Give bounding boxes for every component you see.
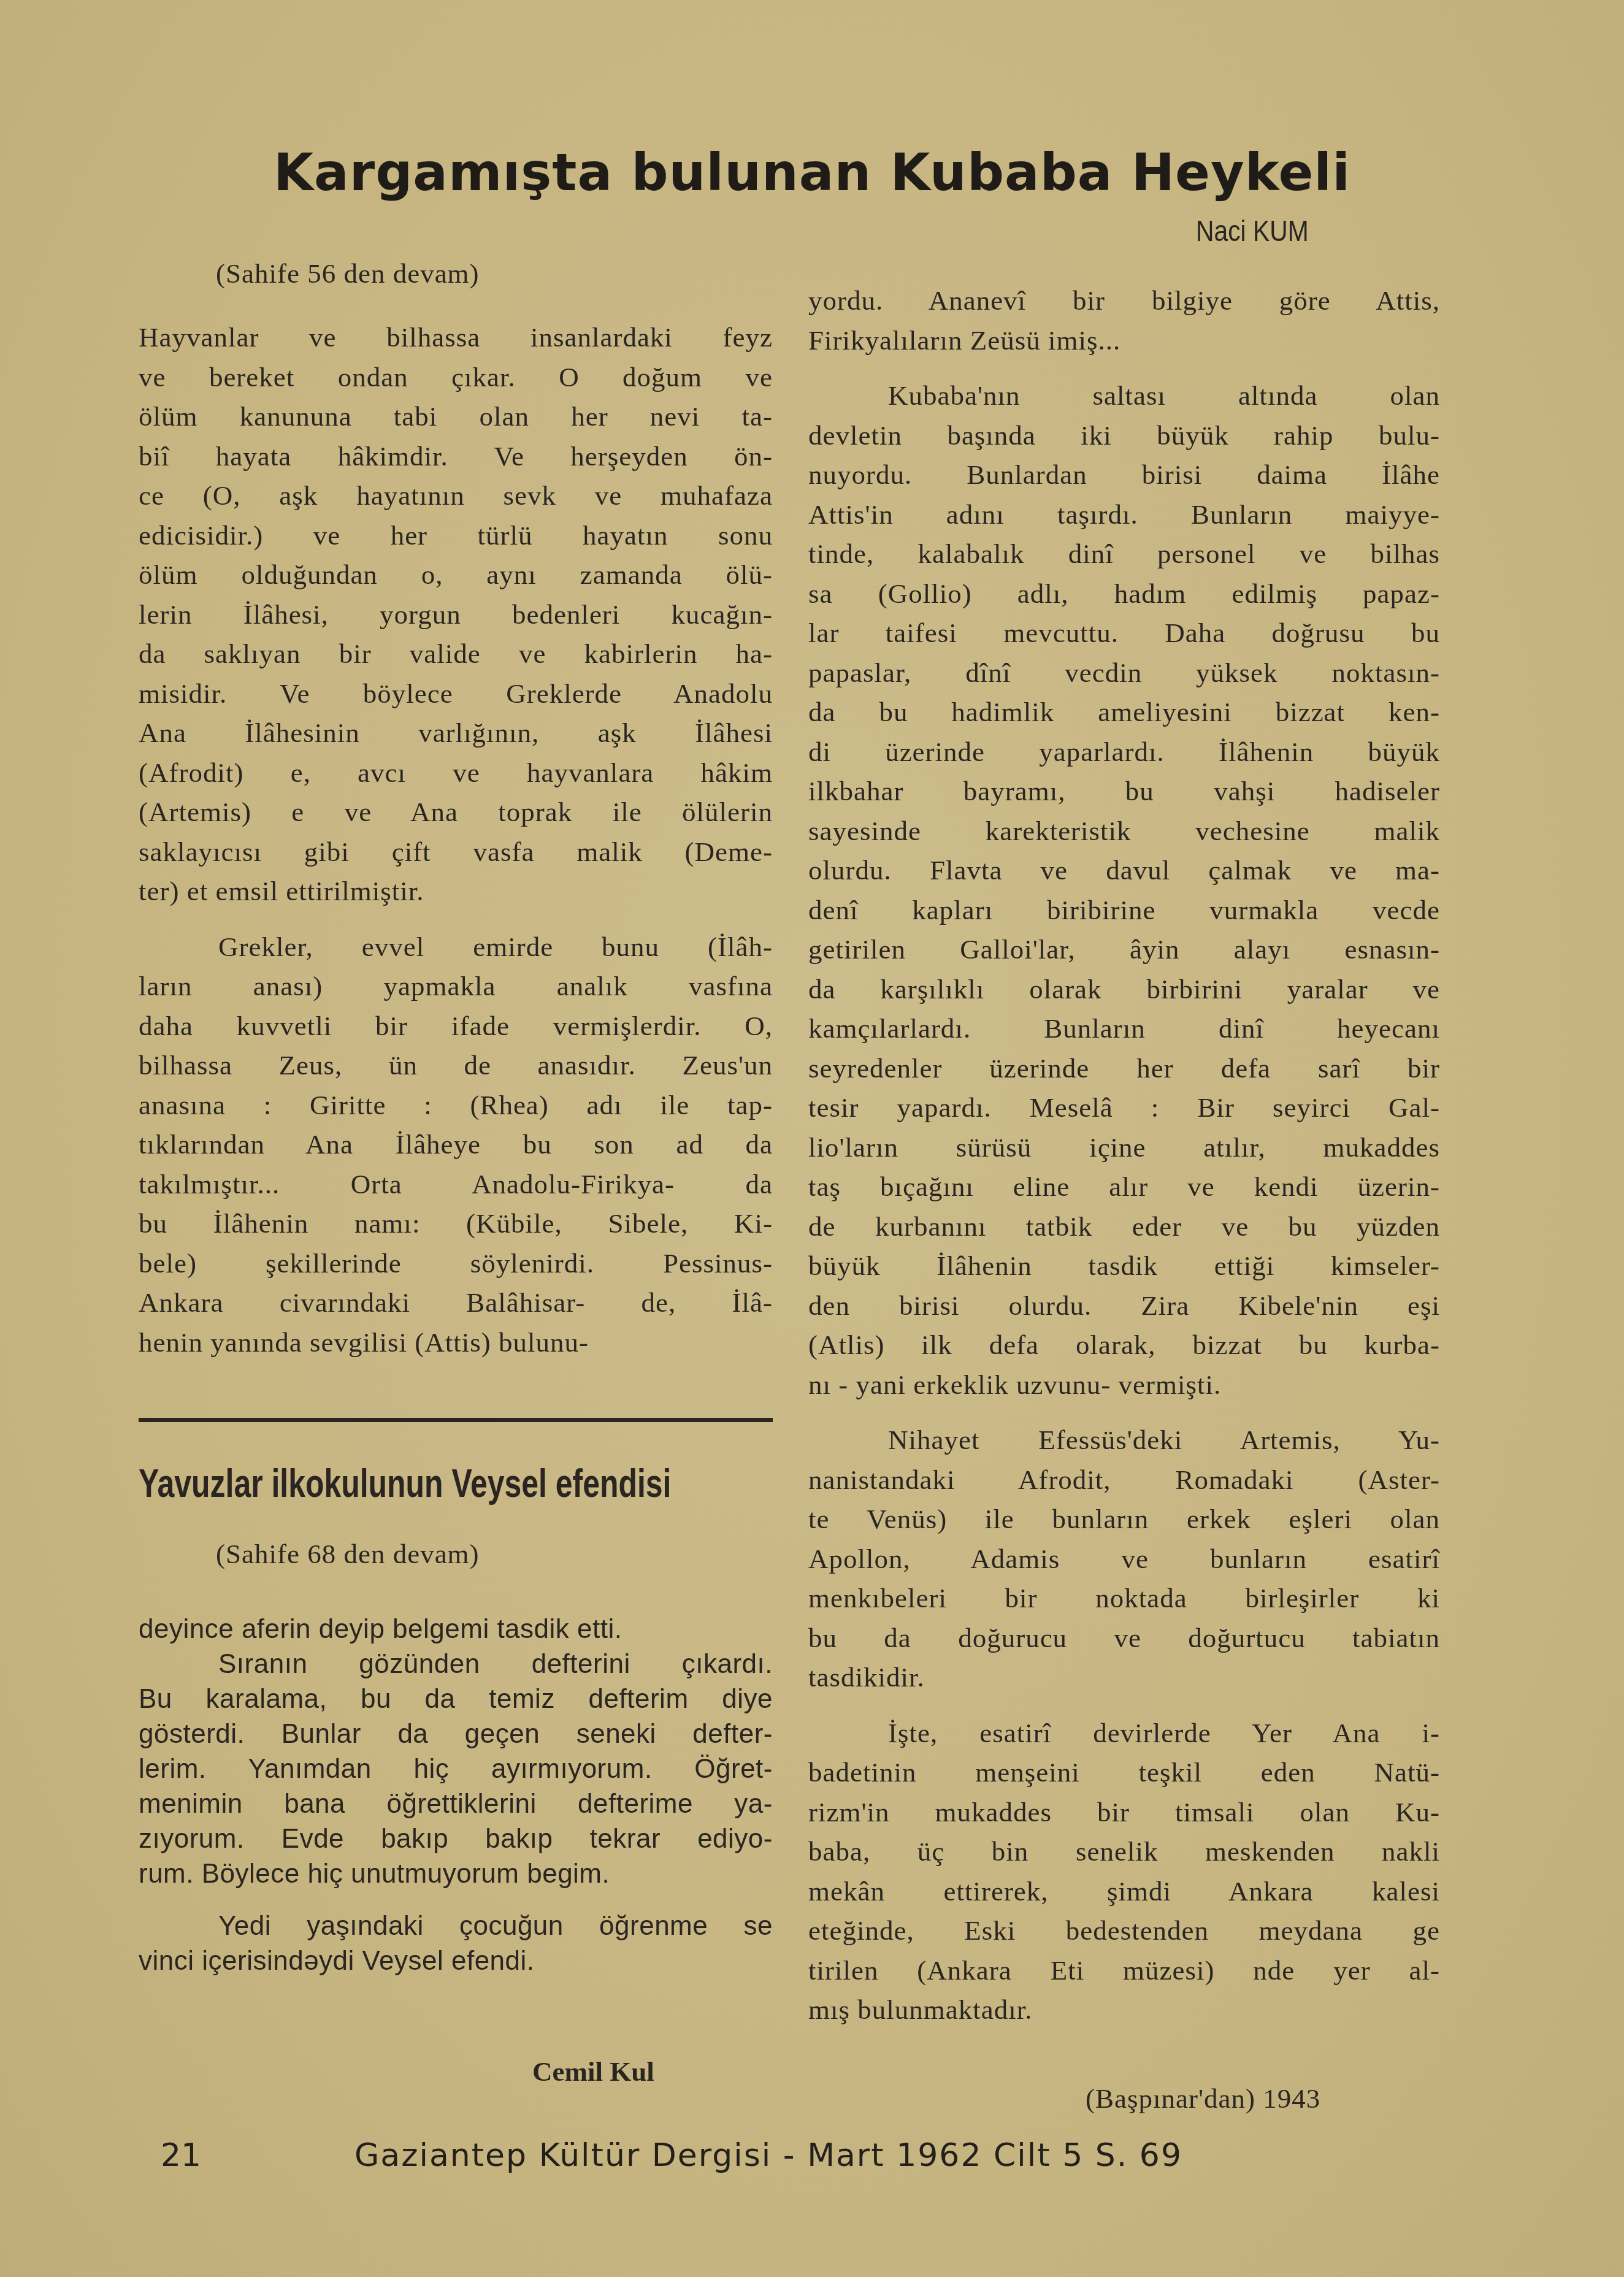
- text-line: da saklıyan bir valide ve kabirlerin ha-: [139, 634, 773, 674]
- paragraph: deyince aferin deyip belgemi tasdik etti…: [139, 1612, 773, 1647]
- text-line: tasdikidir.: [808, 1658, 1440, 1697]
- text-line: te Venüs) ile bunların erkek eşleri olan: [808, 1499, 1440, 1539]
- text-line: lerin İlâhesi, yorgun bedenleri kucağın-: [139, 595, 773, 635]
- paragraph: Yedi yaşındaki çocuğun öğrenme sevinci i…: [139, 1908, 773, 1978]
- text-line: da karşılıklı olarak birbirini yaralar v…: [808, 970, 1440, 1009]
- text-line: misidir. Ve böylece Greklerde Anadolu: [139, 674, 773, 714]
- text-line: Hayvanlar ve bilhassa insanlardaki feyz: [139, 318, 773, 358]
- text-line: devletin başında iki büyük rahip bulu-: [808, 416, 1440, 456]
- article-title-2: Yavuzlar ilkokulunun Veysel efendisi: [139, 1461, 634, 1506]
- continuation-note-2: (Sahife 68 den devam): [216, 1538, 480, 1570]
- text-line: henin yanında sevgilisi (Attis) bulunu-: [139, 1323, 773, 1363]
- text-line: tirilen (Ankara Eti müzesi) nde yer al-: [808, 1951, 1440, 1991]
- text-line: Ana İlâhesinin varlığının, aşk İlâhesi: [139, 713, 773, 753]
- text-line: nuyordu. Bunlardan birisi daima İlâhe: [808, 455, 1440, 495]
- text-line: getirilen Galloi'lar, âyin alayı esnasın…: [808, 930, 1440, 970]
- text-line: biî hayata hâkimdir. Ve herşeyden ön-: [139, 437, 773, 476]
- section-divider: [139, 1418, 773, 1422]
- text-line: saklayıcısı gibi çift vasfa malik (Deme-: [139, 832, 773, 872]
- text-line: bilhassa Zeus, ün de anasıdır. Zeus'un: [139, 1046, 773, 1085]
- article-title: Kargamışta bulunan Kubaba Heykeli: [0, 142, 1624, 202]
- text-line: lerim. Yanımdan hiç ayırmıyorum. Öğret-: [139, 1751, 773, 1786]
- text-line: deyince aferin deyip belgemi tasdik etti…: [139, 1612, 773, 1647]
- text-line: (Afrodit) e, avcı ve hayvanlara hâkim: [139, 753, 773, 793]
- text-line: ve bereket ondan çıkar. O doğum ve: [139, 358, 773, 397]
- magazine-info: Gaziantep Kültür Dergisi - Mart 1962 Cil…: [354, 2137, 1182, 2174]
- text-line: rum. Böylece hiç unutmuyorum begim.: [139, 1856, 773, 1891]
- text-line: gösterdi. Bunlar da geçen seneki defter-: [139, 1716, 773, 1751]
- text-line: Attis'in adını taşırdı. Bunların maiyye-: [808, 495, 1440, 535]
- text-line: Kubaba'nın saltası altında olan: [808, 376, 1440, 416]
- text-line: kamçılarlardı. Bunların dinî heyecanı: [808, 1009, 1440, 1049]
- paragraph: Grekler, evvel emirde bunu (İlâh-ların a…: [139, 927, 773, 1363]
- text-line: bu da doğurucu ve doğurtucu tabiatın: [808, 1618, 1440, 1658]
- text-line: seyredenler üzerinde her defa sarî bir: [808, 1049, 1440, 1089]
- text-line: Apollon, Adamis ve bunların esatirî: [808, 1539, 1440, 1579]
- article2-body: deyince aferin deyip belgemi tasdik etti…: [139, 1612, 773, 1978]
- right-column-body: yordu. Ananevî bir bilgiye göre Attis,Fi…: [808, 281, 1440, 2030]
- text-line: Firikyalıların Zeüsü imiş...: [808, 321, 1440, 361]
- text-line: büyük İlâhenin tasdik ettiği kimseler-: [808, 1246, 1440, 1286]
- text-line: İşte, esatirî devirlerde Yer Ana i-: [808, 1713, 1440, 1753]
- text-line: menimin bana öğrettiklerini defterime ya…: [139, 1786, 773, 1821]
- text-line: menkıbeleri bir noktada birleşirler ki: [808, 1579, 1440, 1618]
- text-line: sa (Gollio) adlı, hadım edilmiş papaz-: [808, 574, 1440, 614]
- article2-signature: Cemil Kul: [532, 2056, 654, 2088]
- text-line: Bu karalama, bu da temiz defterim diye: [139, 1682, 773, 1716]
- text-line: (Atlis) ilk defa olarak, bizzat bu kurba…: [808, 1325, 1440, 1365]
- text-line: tesir yapardı. Meselâ : Bir seyirci Gal-: [808, 1088, 1440, 1128]
- paragraph: Sıranın gözünden defterini çıkardı.Bu ka…: [139, 1647, 773, 1891]
- text-line: olurdu. Flavta ve davul çalmak ve ma-: [808, 851, 1440, 890]
- paragraph: Nihayet Efessüs'deki Artemis, Yu-nanista…: [808, 1420, 1440, 1697]
- paragraph: İşte, esatirî devirlerde Yer Ana i-badet…: [808, 1713, 1440, 2030]
- text-line: baba, üç bin senelik meskenden nakli: [808, 1832, 1440, 1872]
- text-line: de kurbanını tatbik eder ve bu yüzden: [808, 1207, 1440, 1247]
- text-line: papaslar, dînî vecdin yüksek noktasın-: [808, 653, 1440, 693]
- text-line: anasına : Giritte : (Rhea) adı ile tap-: [139, 1085, 773, 1125]
- text-line: ter) et emsil ettirilmiştir.: [139, 871, 773, 911]
- text-line: Grekler, evvel emirde bunu (İlâh-: [139, 927, 773, 967]
- text-line: di üzerinde yaparlardı. İlâhenin büyük: [808, 732, 1440, 772]
- text-line: vinci içerisindəydi Veysel efendi.: [139, 1943, 773, 1978]
- text-line: denî kapları biribirine vurmakla vecde: [808, 890, 1440, 930]
- paragraph: yordu. Ananevî bir bilgiye göre Attis,Fi…: [808, 281, 1440, 360]
- text-line: Yedi yaşındaki çocuğun öğrenme se: [139, 1908, 773, 1943]
- text-line: zıyorum. Evde bakıp bakıp tekrar ediyo-: [139, 1821, 773, 1856]
- text-line: edicisidir.) ve her türlü hayatın sonu: [139, 516, 773, 556]
- text-line: rizm'in mukaddes bir timsali olan Ku-: [808, 1793, 1440, 1832]
- text-line: lar taifesi mevcuttu. Daha doğrusu bu: [808, 613, 1440, 653]
- text-line: daha kuvvetli bir ifade vermişlerdir. O,: [139, 1006, 773, 1046]
- text-line: tıklarından Ana İlâheye bu son ad da: [139, 1125, 773, 1165]
- text-line: da bu hadimlik ameliyesini bizzat ken-: [808, 692, 1440, 732]
- text-line: (Artemis) e ve Ana toprak ile ölülerin: [139, 792, 773, 832]
- page-number: 21: [161, 2137, 201, 2174]
- text-line: ölüm kanununa tabi olan her nevi ta-: [139, 397, 773, 437]
- left-column-body: Hayvanlar ve bilhassa insanlardaki feyzv…: [139, 318, 773, 1362]
- text-line: bele) şekillerinde söylenirdi. Pessinus-: [139, 1244, 773, 1284]
- text-line: Sıranın gözünden defterini çıkardı.: [139, 1647, 773, 1682]
- paragraph: Hayvanlar ve bilhassa insanlardaki feyzv…: [139, 318, 773, 911]
- text-line: mış bulunmaktadır.: [808, 1990, 1440, 2030]
- continuation-note: (Sahife 56 den devam): [216, 258, 480, 289]
- text-line: bu İlâhenin namı: (Kübile, Sibele, Ki-: [139, 1204, 773, 1244]
- text-line: ilkbahar bayramı, bu vahşi hadiseler: [808, 771, 1440, 811]
- source-note: (Başpınar'dan) 1943: [1086, 2083, 1320, 2114]
- text-line: yordu. Ananevî bir bilgiye göre Attis,: [808, 281, 1440, 321]
- text-line: ölüm olduğundan o, aynı zamanda ölü-: [139, 555, 773, 595]
- text-line: takılmıştır... Orta Anadolu-Firikya- da: [139, 1165, 773, 1204]
- text-line: lio'ların sürüsü içine atılır, mukaddes: [808, 1128, 1440, 1168]
- text-line: den birisi olurdu. Zira Kibele'nin eşi: [808, 1286, 1440, 1326]
- text-line: badetinin menşeini teşkil eden Natü-: [808, 1753, 1440, 1793]
- article-author: Naci KUM: [1196, 215, 1309, 248]
- text-line: eteğinde, Eski bedestenden meydana ge: [808, 1911, 1440, 1951]
- text-line: mekân ettirerek, şimdi Ankara kalesi: [808, 1872, 1440, 1912]
- text-line: taş bıçağını eline alır ve kendi üzerin-: [808, 1167, 1440, 1207]
- text-line: tinde, kalabalık dinî personel ve bilhas: [808, 534, 1440, 574]
- text-line: ce (O, aşk hayatının sevk ve muhafaza: [139, 476, 773, 516]
- text-line: Nihayet Efessüs'deki Artemis, Yu-: [808, 1420, 1440, 1460]
- text-line: nanistandaki Afrodit, Romadaki (Aster-: [808, 1460, 1440, 1500]
- paragraph: Kubaba'nın saltası altında olandevletin …: [808, 376, 1440, 1404]
- text-line: sayesinde karekteristik vechesine malik: [808, 811, 1440, 851]
- text-line: nı - yani erkeklik uzvunu- vermişti.: [808, 1365, 1440, 1405]
- text-line: ların anası) yapmakla analık vasfına: [139, 966, 773, 1006]
- text-line: Ankara civarındaki Balâhisar- de, İlâ-: [139, 1283, 773, 1323]
